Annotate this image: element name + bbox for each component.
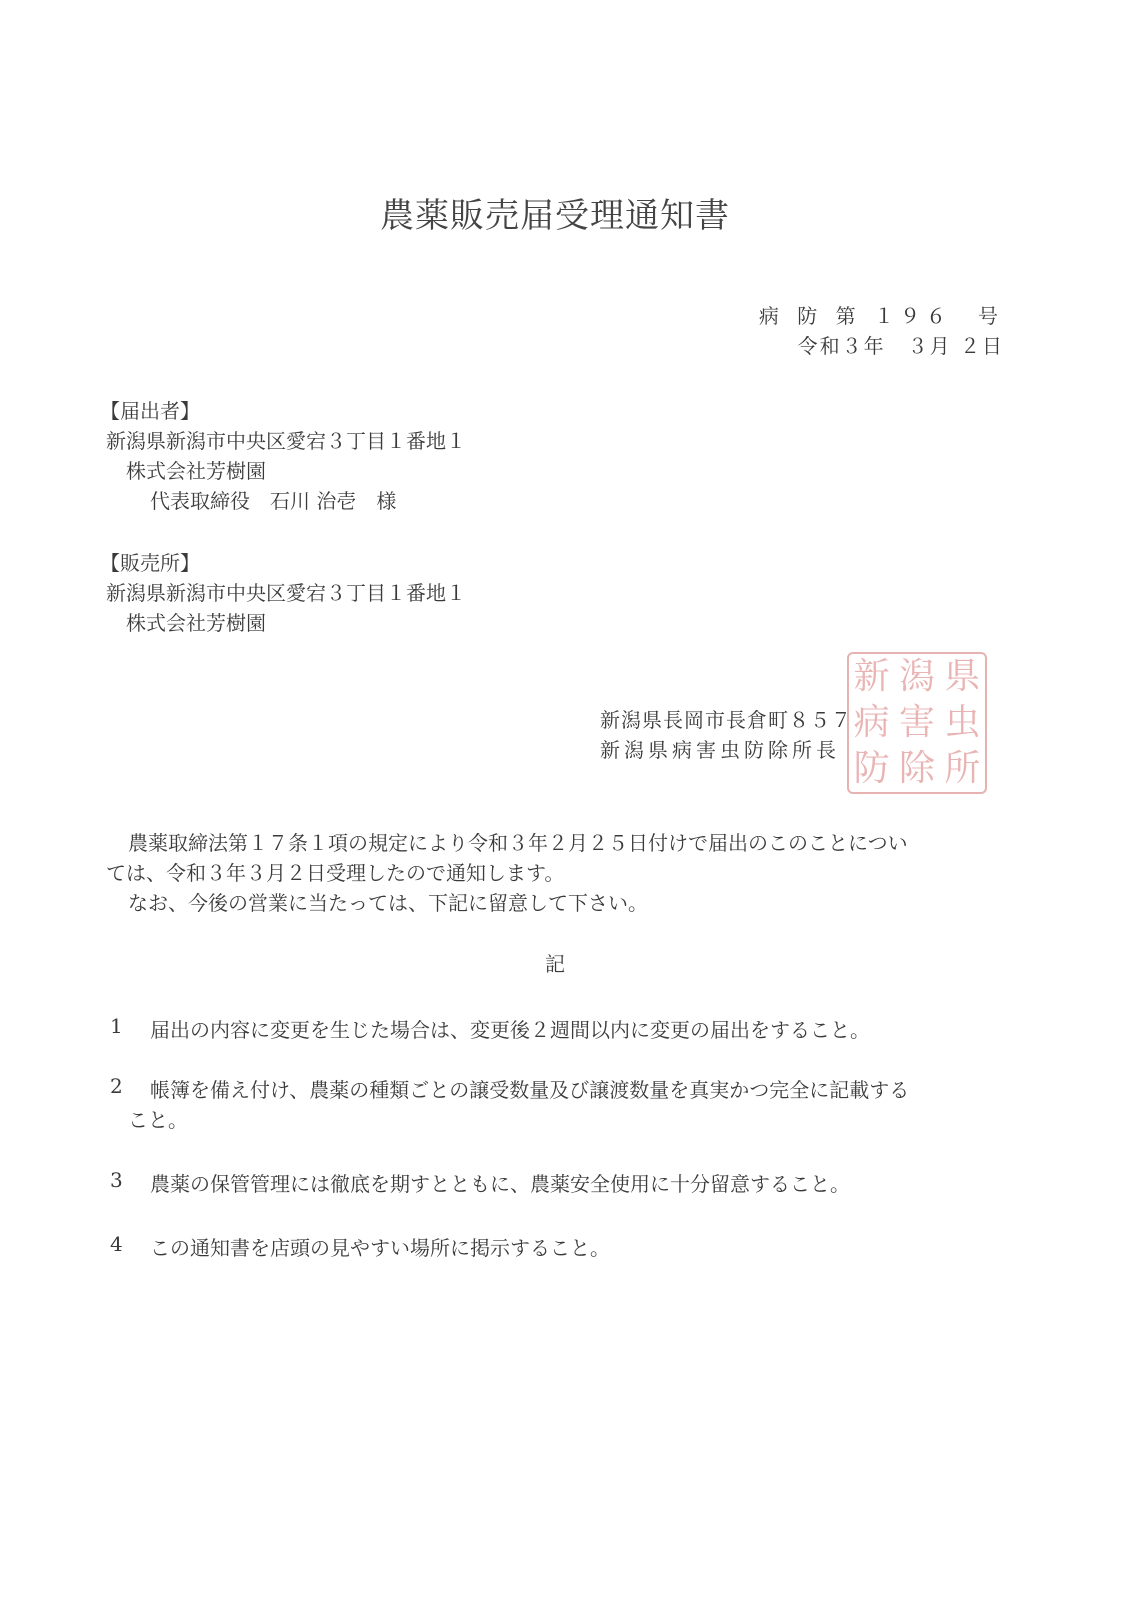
- seal-char: 潟: [894, 654, 939, 700]
- seal-char: 所: [940, 746, 985, 792]
- seal-char: 県: [940, 654, 985, 700]
- notifier-heading: 【届出者】: [100, 396, 200, 426]
- document-title: 農薬販売届受理通知書: [0, 188, 1110, 237]
- item-text: 届出の内容に変更を生じた場合は、変更後２週間以内に変更の届出をすること。: [150, 1014, 870, 1043]
- ki-heading: 記: [0, 948, 1110, 977]
- notifier-representative: 代表取締役 石川 治壱 様: [150, 486, 396, 516]
- issuer-address: 新潟県長岡市長倉町８５７: [600, 704, 852, 733]
- notifier-company: 株式会社芳樹園: [126, 456, 266, 486]
- item-number: 3: [110, 1168, 123, 1192]
- body-line-1: 農薬取締法第１７条１項の規定により令和３年２月２５日付けで届出のこのことについ: [128, 828, 908, 858]
- item-text: 帳簿を備え付け、農薬の種類ごとの譲受数量及び譲渡数量を真実かつ完全に記載する: [150, 1074, 909, 1103]
- item-text: 農薬の保管管理には徹底を期すとともに、農薬安全使用に十分留意すること。: [150, 1168, 850, 1197]
- seal-char: 新: [849, 654, 894, 700]
- shop-heading: 【販売所】: [100, 548, 200, 578]
- body-line-2: ては、令和３年３月２日受理したので通知します。: [106, 858, 564, 888]
- item-text: この通知書を店頭の見やすい場所に掲示すること。: [150, 1232, 610, 1261]
- seal-char: 除: [894, 746, 939, 792]
- item-text-continued: こと。: [128, 1104, 188, 1133]
- notifier-address: 新潟県新潟市中央区愛宕３丁目１番地１: [106, 426, 466, 456]
- issuer-name: 新潟県病害虫防除所長: [600, 734, 840, 763]
- seal-char: 防: [849, 746, 894, 792]
- shop-company: 株式会社芳樹園: [126, 608, 266, 638]
- seal-char: 虫: [940, 700, 985, 746]
- item-number: 1: [110, 1014, 123, 1038]
- document-date: 令和３年 ３月 ２日: [798, 330, 1004, 359]
- body-line-3: なお、今後の営業に当たっては、下記に留意して下さい。: [128, 888, 648, 918]
- document-number: 病 防 第 １９６ 号: [759, 300, 1004, 329]
- official-seal-stamp: 新 潟 県 病 害 虫 防 除 所: [847, 652, 987, 794]
- shop-address: 新潟県新潟市中央区愛宕３丁目１番地１: [106, 578, 466, 608]
- item-number: 4: [110, 1232, 123, 1256]
- seal-char: 害: [894, 700, 939, 746]
- seal-char: 病: [849, 700, 894, 746]
- item-number: 2: [110, 1074, 123, 1098]
